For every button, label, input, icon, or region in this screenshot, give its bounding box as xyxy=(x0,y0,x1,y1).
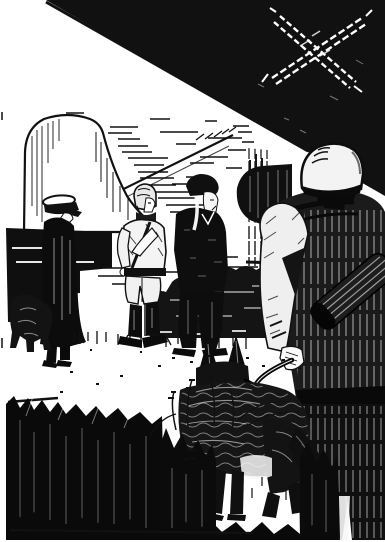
belt xyxy=(124,268,166,276)
ink-illustration xyxy=(0,0,385,542)
dark-jacket xyxy=(174,208,228,292)
illustration-page xyxy=(0,0,385,542)
